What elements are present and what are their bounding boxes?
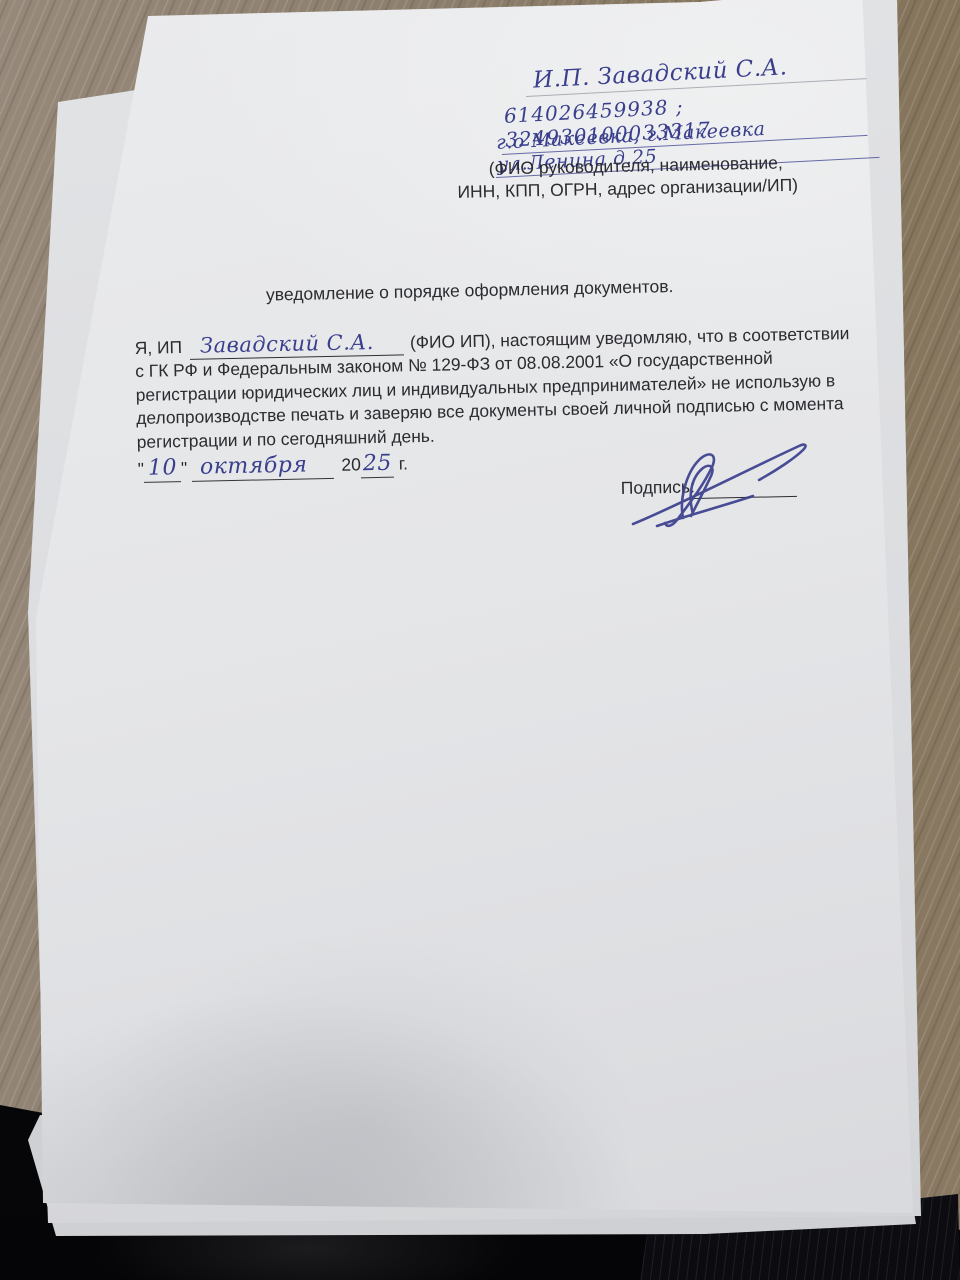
date-suffix: г.	[399, 453, 409, 473]
date-line: "10" октября2025 г.	[137, 450, 408, 481]
date-century: 20	[341, 454, 361, 474]
date-close-quote: "	[181, 458, 188, 478]
signature-ink	[627, 436, 823, 532]
body-line1-prefix: Я, ИП	[135, 337, 183, 358]
date-year-handwritten: 25	[361, 451, 395, 479]
body-paragraph: Я, ИПЗавадский С.А.(ФИО ИП), настоящим у…	[135, 322, 837, 454]
date-month-handwritten: октября	[192, 452, 334, 482]
photo-of-document-on-desk: И.П. Завадский С.А. 614026459938 ; 32493…	[0, 0, 960, 1280]
date-day-handwritten: 10	[144, 455, 182, 483]
